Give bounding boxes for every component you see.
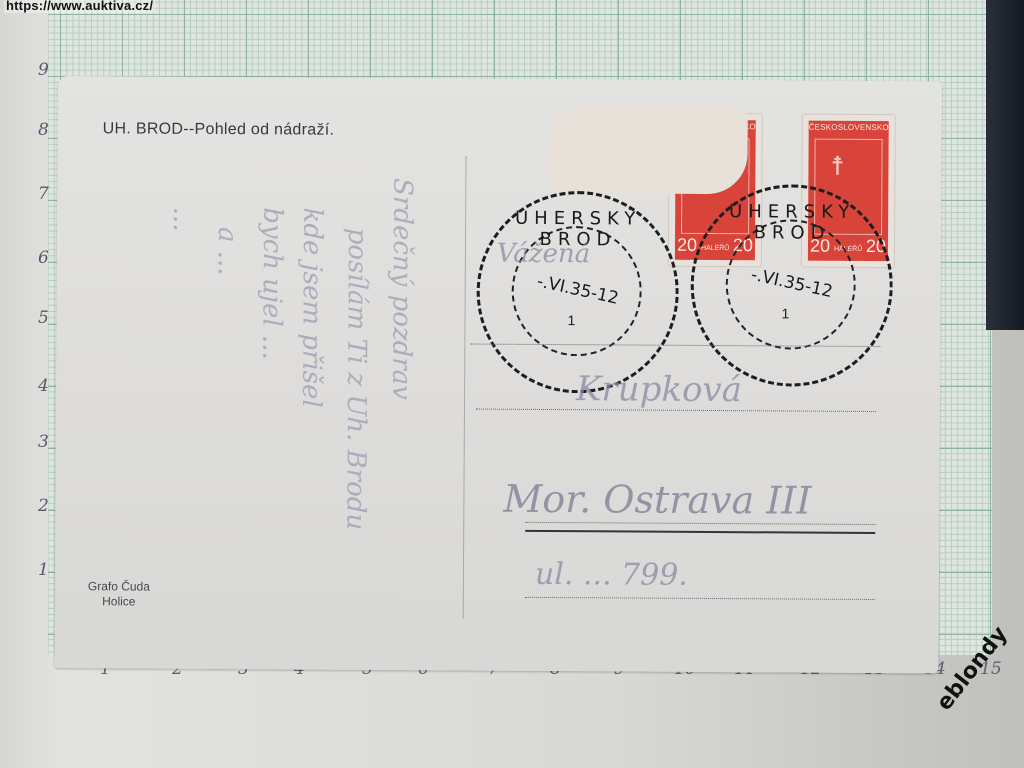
ruler-left-label: 5 (38, 308, 49, 328)
address-name: Krupková (576, 369, 742, 410)
ruler-left-label: 8 (38, 120, 49, 140)
postmark-number: 1 (782, 305, 790, 321)
message-line: a ... (212, 227, 242, 276)
stamp-country: ČESKOSLOVENSKO (809, 123, 889, 132)
address-line (525, 597, 875, 600)
message-line: kde jsem přišel (296, 207, 327, 407)
address-city: Mor. Ostrava III (503, 477, 811, 523)
address-line (525, 522, 875, 525)
ruler-left-label: 4 (38, 376, 49, 396)
address-underline (525, 530, 875, 534)
publisher-name: Grafo Čuda (88, 579, 150, 594)
address-divider (463, 156, 467, 618)
ruler-left-label: 1 (38, 560, 49, 580)
ruler-left-label: 2 (38, 496, 49, 516)
ruler-left-label: 6 (38, 248, 49, 268)
message-line: posílám Ti z Uh. Brodu (340, 228, 372, 531)
address-street: ul. ... 799. (535, 557, 688, 593)
watermark-url: https://www.auktiva.cz/ (4, 0, 155, 13)
ruler-left-label: 3 (38, 432, 49, 452)
ruler-left-label: 9 (38, 60, 49, 80)
postcard: UH. BROD--Pohled od nádraží. Srdečný poz… (54, 76, 942, 673)
postmark-city: UHERSKÝ BROD (694, 201, 890, 244)
address-salutation: Vážená (497, 239, 590, 270)
postmark: UHERSKÝ BROD -.VI.35-12 1 (476, 191, 679, 394)
publisher-imprint: Grafo Čuda Holice (88, 579, 150, 609)
postmark: UHERSKÝ BROD -.VI.35-12 1 (690, 184, 893, 387)
postcard-title: UH. BROD--Pohled od nádraží. (103, 120, 335, 139)
torn-stamp-area (547, 107, 748, 194)
publisher-city: Holice (88, 594, 150, 609)
handwritten-message: Srdečný pozdrav posílám Ti z Uh. Brodu k… (115, 166, 458, 628)
message-line: ... (167, 207, 197, 232)
dark-background-edge (986, 0, 1024, 330)
message-line: bych ujel ... (256, 207, 287, 360)
ruler-left-label: 7 (38, 184, 49, 204)
postmark-number: 1 (567, 312, 575, 328)
message-line: Srdečný pozdrav (386, 178, 417, 400)
coat-of-arms-icon: ☨ (830, 151, 844, 182)
